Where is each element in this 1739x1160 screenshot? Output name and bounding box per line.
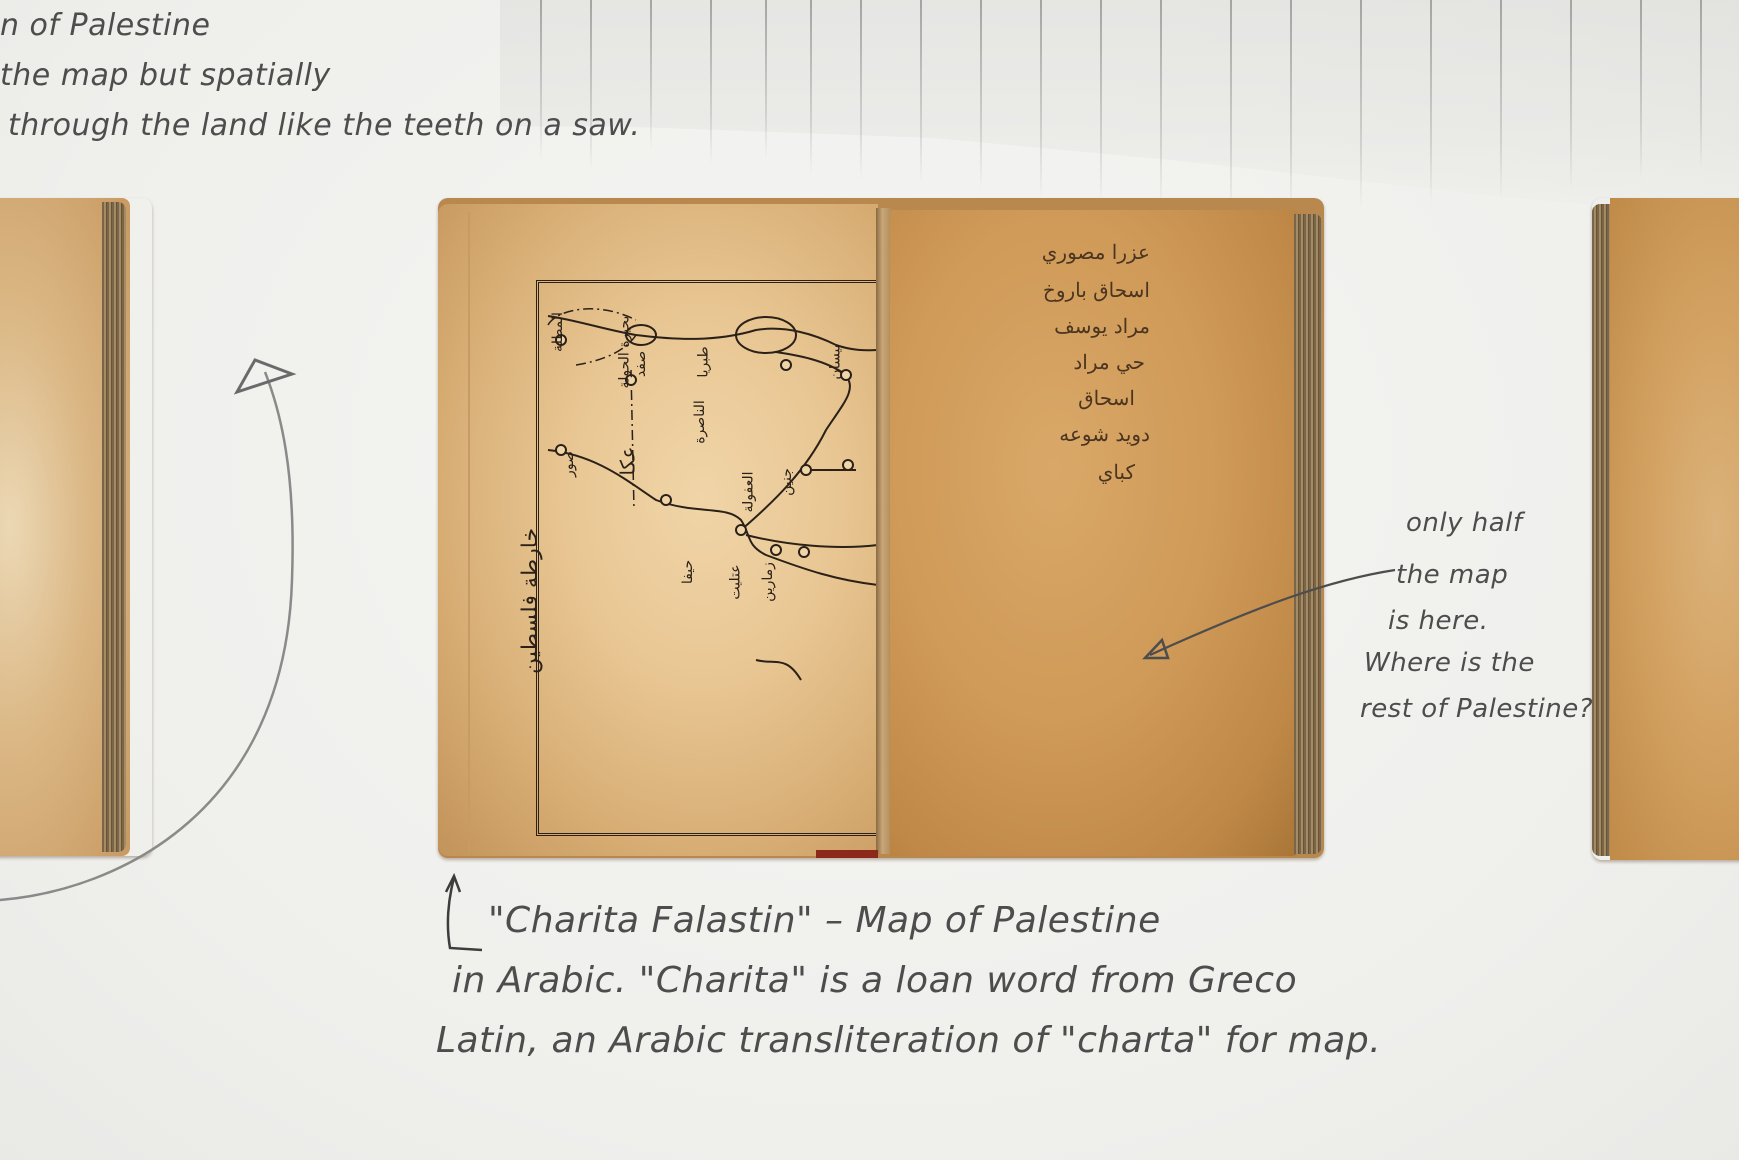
map-title: خارطة فلسطين <box>518 528 543 674</box>
handwritten-name-1: عزرا مصوري <box>1042 240 1150 264</box>
right-note-line-4: Where is the <box>1364 648 1535 678</box>
shading-stroke <box>1360 0 1362 210</box>
shading-stroke <box>1100 0 1102 205</box>
map-label-tabariya: طبريا <box>696 346 712 377</box>
pencil-shading <box>500 0 1739 230</box>
top-note-line-1: n of Palestine <box>0 8 210 43</box>
center-open-book: خارطة فلسطين صور عكا حيفا صفد طبريا النا… <box>438 198 1324 858</box>
handwritten-name-6: دويد شوعه <box>1059 422 1150 446</box>
handwritten-name-7: كباي <box>1098 460 1135 484</box>
shading-stroke <box>1570 0 1572 190</box>
map-label-atlit: عتليت <box>728 564 744 599</box>
shading-stroke <box>1700 0 1702 170</box>
right-note-line-5: rest of Palestine? <box>1360 694 1593 724</box>
bottom-note-line-2: in Arabic. "Charita" is a loan word from… <box>452 960 1297 1001</box>
shading-stroke <box>1040 0 1042 200</box>
map-label-afula: العفولة <box>741 472 757 513</box>
book-right-page: عزرا مصوري اسحاق باروخ مراد يوسف حي مراد… <box>890 210 1300 856</box>
right-book-page <box>1610 198 1739 860</box>
shading-stroke <box>810 0 812 175</box>
shading-stroke <box>980 0 982 190</box>
shading-stroke <box>1640 0 1642 180</box>
top-note-line-3: through the land like the teeth on a saw… <box>8 108 640 143</box>
map-label-mutalla: المطلة <box>550 312 566 352</box>
right-note-line-3: is here. <box>1388 606 1488 636</box>
handwritten-name-2: اسحاق باروخ <box>1043 278 1150 302</box>
map-label-sur: صور <box>561 451 577 477</box>
left-page-inner-border <box>468 212 470 852</box>
binding-red-tab <box>816 850 878 858</box>
book-left-page: خارطة فلسطين صور عكا حيفا صفد طبريا النا… <box>438 204 878 856</box>
right-note-line-2: the map <box>1396 560 1508 590</box>
bottom-note-line-1: "Charita Falastin" – Map of Palestine <box>488 900 1161 941</box>
right-partial-book <box>1592 198 1739 860</box>
shading-stroke <box>765 0 767 160</box>
shading-stroke <box>860 0 862 180</box>
up-arrow-icon <box>440 870 490 960</box>
map-label-beisan: بيسان <box>828 344 844 379</box>
shading-haze <box>500 0 1739 230</box>
map-label-akka: عكا <box>616 446 640 475</box>
handwritten-name-5: اسحاق <box>1078 386 1135 410</box>
shading-stroke <box>1500 0 1502 200</box>
map-label-nasira: الناصرة <box>692 400 708 444</box>
shading-stroke <box>590 0 592 170</box>
map-label-jenin: جنين <box>779 468 795 496</box>
map-label-zamarin: زمارين <box>760 562 776 602</box>
map-label-haifa: حيفا <box>680 560 696 584</box>
shading-stroke <box>1230 0 1232 215</box>
shading-stroke <box>920 0 922 185</box>
top-note-line-2: the map but spatially <box>0 58 331 93</box>
handwritten-name-3: مراد يوسف <box>1054 314 1150 338</box>
shading-stroke <box>1290 0 1292 215</box>
shading-stroke <box>1160 0 1162 210</box>
shading-stroke <box>710 0 712 165</box>
map-label-safad: صفد <box>633 351 649 377</box>
center-book-page-edges <box>1294 214 1322 854</box>
bottom-note-line-3: Latin, an Arabic transliteration of "cha… <box>436 1020 1381 1061</box>
map-label-hula: بحيرة الحولة <box>616 316 632 389</box>
handwritten-name-4: حي مراد <box>1073 350 1145 374</box>
shading-stroke <box>650 0 652 150</box>
shading-stroke <box>1430 0 1432 205</box>
right-note-line-1: only half <box>1406 508 1523 538</box>
curved-arrow-icon <box>0 350 310 910</box>
